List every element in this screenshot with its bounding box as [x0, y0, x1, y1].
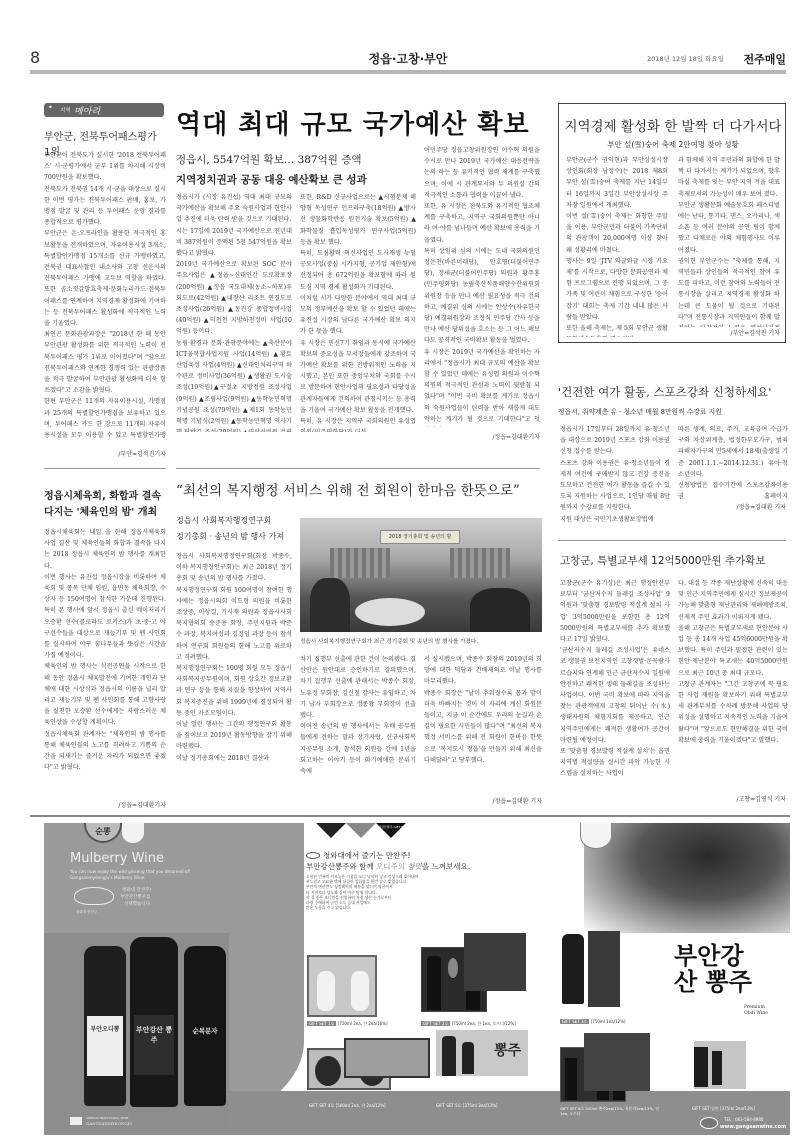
- voucher-col-2: 따른 생계, 의료, 주거, 교육급여 수급가구와 차상위계층, 법정한부모가구…: [678, 424, 788, 504]
- gift-set-tag: GIFT SET 3호: [560, 1019, 589, 1024]
- voucher-subhead: 정읍시, 취약계층 유 · 청소년 매월 8만원씩 수강료 지원: [558, 406, 790, 416]
- main-col-2: 또한, R&D 신규사업으로는 ▲시험분체 해양형 독성연구 인프라구축(18억…: [300, 192, 416, 432]
- gift-set-2-caption: GIFT SET 2호 [750ml 2ea, 잔 1ea, 오프너/12%]: [421, 1021, 516, 1027]
- main-subhead-2: 지역정치권과 공동 대응 예산확보 큰 성과: [176, 172, 416, 187]
- gochang-col-2: 다. 대설 등 각종 재난상황에 신속히 대응 및 인근 지역주민에게 실시간 …: [678, 578, 788, 778]
- welfare-col-3: 서 실시됐으며, 박종수 회장의 2019년의 희망에 대한 덕담과 건배제의로…: [424, 654, 542, 794]
- promo-part-a: 부안강산뽕주와 함께: [306, 862, 376, 871]
- header-rule: [30, 70, 786, 74]
- mulberry-wine-ad: 순뽕 Mulberry Wine You can now enjoy the w…: [44, 823, 790, 1135]
- promo-line-1: 청와대에서 즐기는 만찬주!: [323, 850, 410, 861]
- photo-crowd-left: [310, 578, 350, 632]
- ad-seal-icon: [700, 1117, 718, 1129]
- welfare-col-2: 차기 집행부 선출에 관한 건이 논의됐다. 결산안은 원안대로 승인하기로 결…: [300, 654, 416, 806]
- busan-tour-body: 부안군이 전북도가 실시한 '2018 전북투어패스' 시·군평가에서 군부 1…: [44, 150, 166, 440]
- buan-festival-headline: 지역경제 활성화 한 발짝 더 다가서다: [564, 115, 782, 135]
- diamond-leaf: [344, 823, 378, 838]
- voucher-headline: '건전한 여가 활동, 스포츠강좌 신청하세요': [558, 384, 790, 400]
- gift-set-7-caption: GIFT SET 일반 [375ml 2ea/13%]: [692, 1106, 755, 1112]
- bottle-bokbunja: 순복분자: [184, 946, 226, 1106]
- voucher-byline: /정읍=김대환 기자: [678, 502, 786, 511]
- bottle-label: 부안강산 뽕주: [134, 1015, 174, 1075]
- divider: [558, 540, 786, 541]
- buan-festival-col-1: 부안군(군수 권익현)과 부안상설시장 상인회(회장 남정수)는 2018 제8…: [566, 155, 668, 337]
- gift-set-tag: GIFT SET 2호: [421, 1021, 450, 1026]
- gift-set-4-caption: GIFT SET 4호 [500ml 2ea, 잔 2ea/12%]: [309, 1103, 386, 1109]
- gift-set-5-image: 뽕주: [436, 1030, 528, 1076]
- bottle-label: 순복분자: [186, 1026, 224, 1035]
- bottle-ppongju: 부안강산 뽕주: [130, 937, 178, 1107]
- ad-tagline-1: You can now enjoy the wild ginseng that …: [70, 869, 191, 874]
- ad-title-en: Mulberry Wine: [70, 851, 164, 866]
- ad-tel: TEL : 063-584-8980: [724, 1117, 763, 1122]
- ad-tagline-2: Gangsanmyeongju's Mulberry Wine.: [70, 875, 146, 880]
- bluehouse-text-3: 선택했습니다.: [124, 901, 152, 907]
- welfare-headline: “최선의 복지행정 서비스 위해 전 회원이 한마음 한뜻으로”: [176, 479, 540, 499]
- gift-set-3-bag: [588, 931, 620, 1007]
- photo-crowd-right: [470, 588, 530, 632]
- bluehouse-label: 청와대 만찬주: [76, 910, 97, 915]
- column-tag-prefix: 지역: [60, 106, 71, 114]
- brand-sub-2: Obdi Wine: [744, 1011, 768, 1016]
- promo-part-b: 오디주의: [376, 862, 407, 871]
- main-col-3: 어민주당 정읍고창위원장인 이수혁 의원을 수시로 만나 2019년 국가예산 …: [424, 145, 540, 427]
- bottle-odi: 부안오디뽕: [84, 946, 126, 1106]
- gift-set-4-box: [344, 1038, 430, 1078]
- gochang-headline: 고창군, 특별교부세 12억5000만원 추가확보: [560, 553, 790, 568]
- main-col-1: 정읍시가 (시장 유진섭) 역대 최대 규모의 국가예산을 확보해 주요 숙원사…: [176, 192, 292, 432]
- maker-name: GANGSANMYEONGJU: [86, 1121, 133, 1126]
- gift-set-3-caption: GIFT SET 3호 [750ml 1ea/12%]: [560, 1019, 625, 1025]
- promo-part-c: 참맛: [407, 862, 422, 871]
- gift-set-7-image: [694, 1041, 746, 1089]
- bottle-label: 부안오디뽕: [87, 1016, 123, 1076]
- diamond-giftset-label: 부안강산뽕주 GIFT SET: [374, 825, 408, 829]
- welfare-photo-caption: 정읍시 사회복지행정연구회가 최근 정기총회 및 송년의 밤 행사를 가졌다.: [300, 637, 542, 645]
- bluehouse-emblem-icon: [74, 887, 114, 905]
- gift-set-2-box: [464, 933, 526, 991]
- main-byline: /정읍=김대환기자: [424, 432, 540, 441]
- brand-sub-1: Premium: [744, 1005, 765, 1010]
- welfare-subhead-2: 정기총회 · 송년의 밤 행사 가져: [176, 531, 291, 542]
- sports-night-body: 정읍시체육회는 내일 올 한해 정읍시체육회 사업 결산 및 체육인들의 화합과…: [44, 527, 166, 797]
- ad-website: www.gangsanwine.com: [720, 1124, 786, 1130]
- voucher-col-1: 정읍시가 17일부터 28일까지 유·청소년을 대상으로 2019년 스포츠 강…: [560, 424, 670, 524]
- welfare-byline: /정읍=김대환 기자: [424, 796, 542, 805]
- gochang-byline: /고창=김영식 기자: [678, 794, 786, 803]
- photo-banner: 2018 정기총회 및 송년의 밤: [380, 530, 460, 544]
- column-tag-dot: •: [48, 103, 53, 112]
- welfare-subhead-1: 정읍시 사회복지행정연구회: [176, 515, 286, 526]
- divider: [44, 468, 166, 469]
- bluehouse-text-2: 부안강산뽕주를: [120, 894, 150, 900]
- buan-festival-subhead: 부안 설(雪)숭어 축제 2만여명 찾아 성황: [564, 139, 782, 150]
- welfare-col-1: 정읍시 사회복지행정연구회(회장 박종수, 이하 복지행정연구회)는 최근 20…: [176, 551, 292, 803]
- main-headline: 역대 최대 규모 국가예산 확보: [176, 104, 536, 141]
- mascot-right-icon: [580, 823, 612, 849]
- mulberry-photo: [584, 823, 790, 933]
- bluehouse-text-1: 청와대 만찬주!: [122, 887, 151, 893]
- mascot-icon: [122, 823, 144, 843]
- gift-set-tag: GIFT SET 1호: [307, 1021, 336, 1026]
- gift-set-1-image: [307, 955, 377, 1017]
- page-header: 8 정읍·고창·부안 2018년 12월 18일 화요일 전주매일: [30, 42, 786, 72]
- gift-set-6-caption: GIFT SET 6호 500ml 뽕주2ea/12%, 복분자1ea/13%,…: [560, 1106, 660, 1116]
- bluehouse-small-icon: [306, 852, 320, 859]
- photo-curtain-right: [450, 548, 510, 578]
- photo-curtain-left: [330, 548, 390, 578]
- paper-name: 전주매일: [743, 51, 786, 67]
- sports-night-byline: /정읍=김대환기자: [44, 800, 166, 809]
- gift-set-3-image: [562, 934, 584, 1004]
- issue-date: 2018년 12월 18일 화요일: [647, 54, 724, 63]
- ad-top-rule: [30, 815, 790, 817]
- maker-small: KOREAN TRADITIONAL WINE: [86, 1116, 128, 1120]
- gift-set-6-box: [584, 1033, 650, 1091]
- divider: [176, 468, 540, 469]
- promo-part-d: 을 느껴보세요.: [422, 862, 470, 871]
- buan-festival-col-2: 과 함께해 지역 주민과의 화합에 한 발짝 더 다가서는 계기가 되었으며, …: [678, 155, 780, 327]
- promo-line-2: 부안강산뽕주와 함께 오디주의 참맛을 느껴보세요.: [306, 861, 470, 872]
- brand-calligraphy: 부안강산 뽕주: [674, 943, 764, 995]
- sports-night-headline-2: 다지는 '체육인의 밤' 개최: [44, 503, 166, 518]
- photo-table: [355, 598, 425, 626]
- promo-body: 오천년 민족의 격조높은 기품을 오디 넉넉히 넣고 정성스레 빚어내어 부드럽…: [306, 874, 496, 910]
- gochang-col-1: 고창군(군수 유기상)은 최근 행정안전부로부터 '금산저수지 둘레길 조성사업…: [560, 578, 670, 806]
- sports-night-headline-1: 정읍시체육회, 화합과 결속: [44, 487, 166, 502]
- column-tag: • 지역 메아리: [44, 103, 164, 117]
- buan-festival-byline: /부안=김석진 기자: [678, 328, 780, 337]
- maker-logo-icon: [70, 1117, 82, 1125]
- column-tag-title: 메아리: [74, 104, 100, 117]
- main-subhead-1: 정읍시, 5547억원 확보… 387억원 증액: [176, 152, 416, 167]
- diamond-mulberry: [314, 823, 348, 838]
- gift-set-5-caption: GIFT SET 5호 [375ml 3ea/13%]: [436, 1103, 497, 1109]
- busan-tour-byline: /부안=김석진기자: [44, 449, 166, 458]
- gift-set-1-caption: GIFT SET 1호 [750ml 2ea, 잔 2ea/16%]: [307, 1021, 388, 1027]
- welfare-photo: 2018 정기총회 및 송년의 밤: [300, 518, 542, 632]
